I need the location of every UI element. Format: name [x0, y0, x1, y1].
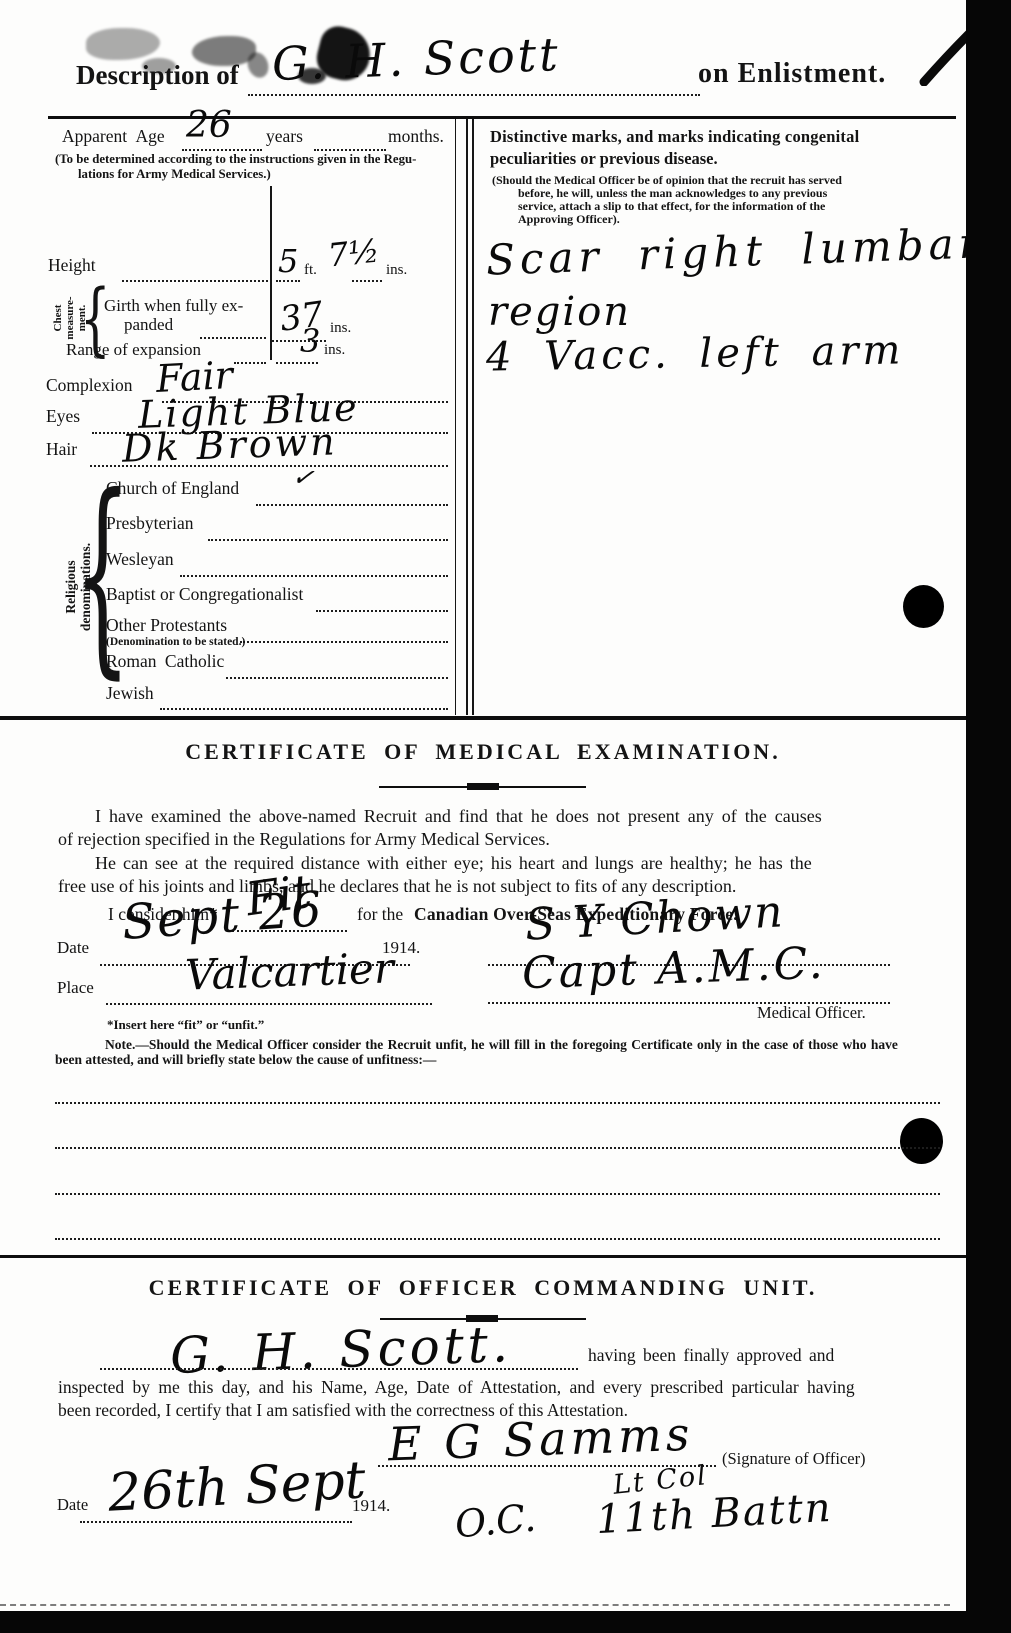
height-feet-handwritten: 5 [278, 244, 298, 280]
punch-hole [903, 585, 944, 628]
inches-unit-label: ins. [386, 262, 407, 279]
recruit-name-handwritten: G. H. Scott [271, 29, 561, 91]
commanding-officer-signature-handwritten: E G Samms [387, 1409, 694, 1471]
officer-date-ruled-line [80, 1519, 352, 1523]
officer-year-printed: 1914. [352, 1496, 390, 1515]
hair-label: Hair [46, 440, 77, 460]
officer-certificate-heading: CERTIFICATE OF OFFICER COMMANDING UNIT. [0, 1276, 966, 1301]
baptist-ruled-line [316, 608, 448, 612]
medical-certificate-heading: CERTIFICATE OF MEDICAL EXAMINATION. [0, 740, 966, 765]
scan-speckle-line [0, 1604, 950, 1606]
unfit-note-line1: Note.—Should the Medical Officer conside… [105, 1037, 898, 1052]
scan-edge-bottom [0, 1611, 1011, 1633]
column-divider-double-a [466, 119, 468, 715]
age-note-line1: (To be determined according to the instr… [55, 152, 416, 166]
age-ruled-line [182, 147, 262, 151]
denomination-church-of-england: Church of England [106, 479, 239, 499]
denomination-presbyterian: Presbyterian [106, 514, 193, 534]
officer-section-divider [0, 1255, 966, 1258]
medical-place-label: Place [57, 978, 94, 997]
medical-para1-line2: of rejection specified in the Regulation… [58, 829, 550, 849]
scan-edge-right [966, 0, 1011, 1633]
column-divider-line [455, 119, 456, 715]
presbyterian-ruled-line [208, 537, 448, 541]
officer-recruit-name-handwritten: G. H. Scott. [169, 1316, 513, 1384]
feet-ruled-line [276, 278, 300, 282]
girth-label-line1: Girth when fully ex- [104, 296, 243, 315]
officer-date-value-handwritten: 26th Sept [107, 1451, 367, 1523]
denomination-wesleyan: Wesleyan [106, 550, 174, 570]
marks-entry-line3-handwritten: 4 Vacc. left arm [486, 328, 905, 380]
girth-unit-label: ins. [330, 320, 351, 337]
marks-entry-line1-handwritten: Scar right lumbar [485, 219, 984, 283]
other-protestants-ruled-line [240, 639, 448, 643]
medical-date-label: Date [57, 938, 89, 957]
age-note-line2: lations for Army Medical Services.) [78, 167, 271, 181]
feet-unit-label: ft. [304, 262, 317, 279]
distinctive-marks-heading-line2: peculiarities or previous disease. [490, 150, 718, 168]
apparent-age-label: Apparent Age [62, 127, 165, 147]
denomination-jewish: Jewish [106, 684, 154, 704]
medical-place-ruled-line [106, 1001, 432, 1005]
officer-oc-handwritten: O.C. [453, 1497, 537, 1546]
blank-ruled-line [55, 1100, 940, 1104]
months-label: months. [388, 127, 444, 147]
consider-mid-label: for the [357, 905, 403, 925]
medical-heading-rule-thick [467, 783, 499, 790]
complexion-label: Complexion [46, 376, 133, 396]
girth-label-line2: panded [124, 315, 173, 334]
unfit-note-line2: been attested, and will briefly state be… [55, 1052, 436, 1067]
header-divider [48, 116, 956, 119]
form-title-suffix: on Enlistment. [698, 58, 886, 89]
recruit-name-ruled-line [248, 92, 700, 96]
range-unit-label: ins. [324, 342, 345, 359]
form-title-prefix: Description of [76, 60, 239, 90]
height-ruled-line [122, 278, 268, 282]
officer-body-line2: inspected by me this day, and his Name, … [58, 1378, 855, 1398]
inner-vertical-rule [270, 186, 272, 360]
church-checkmark-handwritten: ✓ [290, 463, 316, 495]
insert-fit-note: *Insert here “fit” or “unfit.” [107, 1018, 264, 1033]
years-label: years [266, 127, 303, 147]
range-unit-ruled-line [276, 360, 318, 364]
column-divider-double-b [472, 119, 474, 715]
blank-ruled-line [55, 1145, 940, 1149]
range-value-handwritten: 3 [300, 324, 320, 360]
attestation-form-page: Description of G. H. Scott on Enlistment… [0, 0, 1011, 1633]
officer-body-line1: having been finally approved and [588, 1346, 834, 1366]
signature-of-officer-label: (Signature of Officer) [722, 1450, 866, 1468]
blank-ruled-line [55, 1236, 940, 1240]
medical-section-divider [0, 716, 966, 720]
denomination-baptist: Baptist or Congregationalist [106, 585, 303, 605]
inches-ruled-line [352, 278, 382, 282]
officer-date-label: Date [57, 1496, 88, 1514]
range-ruled-line [234, 360, 266, 364]
marks-entry-line2-handwritten: region [488, 290, 631, 335]
punch-hole [900, 1118, 943, 1164]
blank-ruled-line [55, 1191, 940, 1195]
chest-label-line1: Chest [52, 282, 64, 354]
height-inches-handwritten: 7½ [326, 233, 381, 274]
distinctive-marks-note-line4: Approving Officer). [518, 213, 620, 226]
officer-name-ruled-line [100, 1366, 578, 1370]
church-ruled-line [256, 502, 448, 506]
medical-officer-rank-handwritten: Capt A.M.C. [521, 939, 826, 999]
months-ruled-line [314, 147, 386, 151]
officer-unit-handwritten: 11th Battn [595, 1486, 834, 1543]
medical-officer-label: Medical Officer. [757, 1004, 866, 1022]
roman-catholic-ruled-line [226, 675, 448, 679]
eyes-label: Eyes [46, 407, 80, 427]
wesleyan-ruled-line [180, 573, 448, 577]
medical-place-value-handwritten: Valcartier [184, 944, 394, 998]
medical-para2-line1: He can see at the required distance with… [95, 853, 812, 873]
age-value-handwritten: 26 [186, 106, 232, 146]
medical-para1-line1: I have examined the above-named Recruit … [95, 806, 822, 826]
ink-smudge [86, 28, 160, 60]
medical-date-value-handwritten: Sept 26 [120, 883, 325, 951]
denomination-other-protestants: Other Protestants [106, 616, 227, 636]
distinctive-marks-heading-line1: Distinctive marks, and marks indicating … [490, 128, 859, 146]
denomination-roman-catholic: Roman Catholic [106, 652, 224, 672]
jewish-ruled-line [160, 706, 448, 710]
girth-ruled-line [200, 335, 266, 339]
denomination-note: (Denomination to be stated.) [106, 636, 245, 649]
